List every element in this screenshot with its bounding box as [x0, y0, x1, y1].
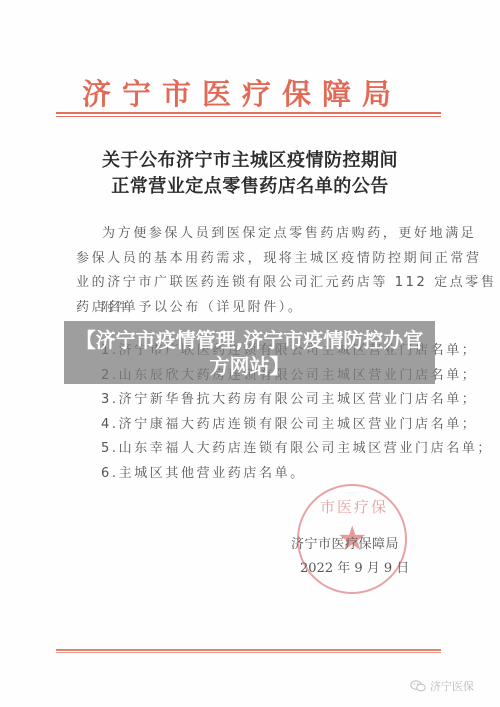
- paragraph-line: 为方便参保人员到医保定点零售药店购药，更好地满足: [76, 222, 428, 247]
- source-watermark: 济宁医保: [410, 678, 474, 694]
- header-red-rule: [56, 112, 441, 117]
- attachment-item: 4.济宁康福大药店连锁有限公司主城区营业门店名单；: [101, 413, 453, 438]
- signature: 济宁市医疗保障局: [291, 533, 399, 552]
- paragraph-line: 业的济宁市广联医药连锁有限公司汇元药店等 112 定点零售: [76, 271, 428, 296]
- attachment-label: 附件: [101, 295, 453, 320]
- wechat-icon: [410, 680, 426, 692]
- footer-red-rule: [56, 649, 441, 653]
- watermark-label: 济宁医保: [430, 678, 474, 694]
- attachment-item: 6.主城区其他营业药店名单。: [101, 462, 453, 487]
- org-heading: 济宁市医疗保障局: [82, 72, 418, 113]
- attachment-item: 5.山东幸福人大药店连锁有限公司主城区营业门店名单；: [101, 437, 453, 462]
- issue-date: 2022 年 9 月 9 日: [300, 557, 409, 576]
- caption-overlay[interactable]: 【济宁市疫情管理,济宁市疫情防控办官方网站】: [64, 321, 435, 384]
- seal-text: 市医疗保: [311, 496, 397, 517]
- paragraph-line: 参保人员的基本用药需求，现将主城区疫情防控期间正常营: [76, 247, 428, 272]
- notice-title-line-1: 关于公布济宁市主城区疫情防控期间: [60, 146, 440, 172]
- attachment-item: 3.济宁新华鲁抗大药房有限公司主城区营业门店名单；: [101, 388, 453, 413]
- notice-title-line-2: 正常营业定点零售药店名单的公告: [60, 172, 440, 198]
